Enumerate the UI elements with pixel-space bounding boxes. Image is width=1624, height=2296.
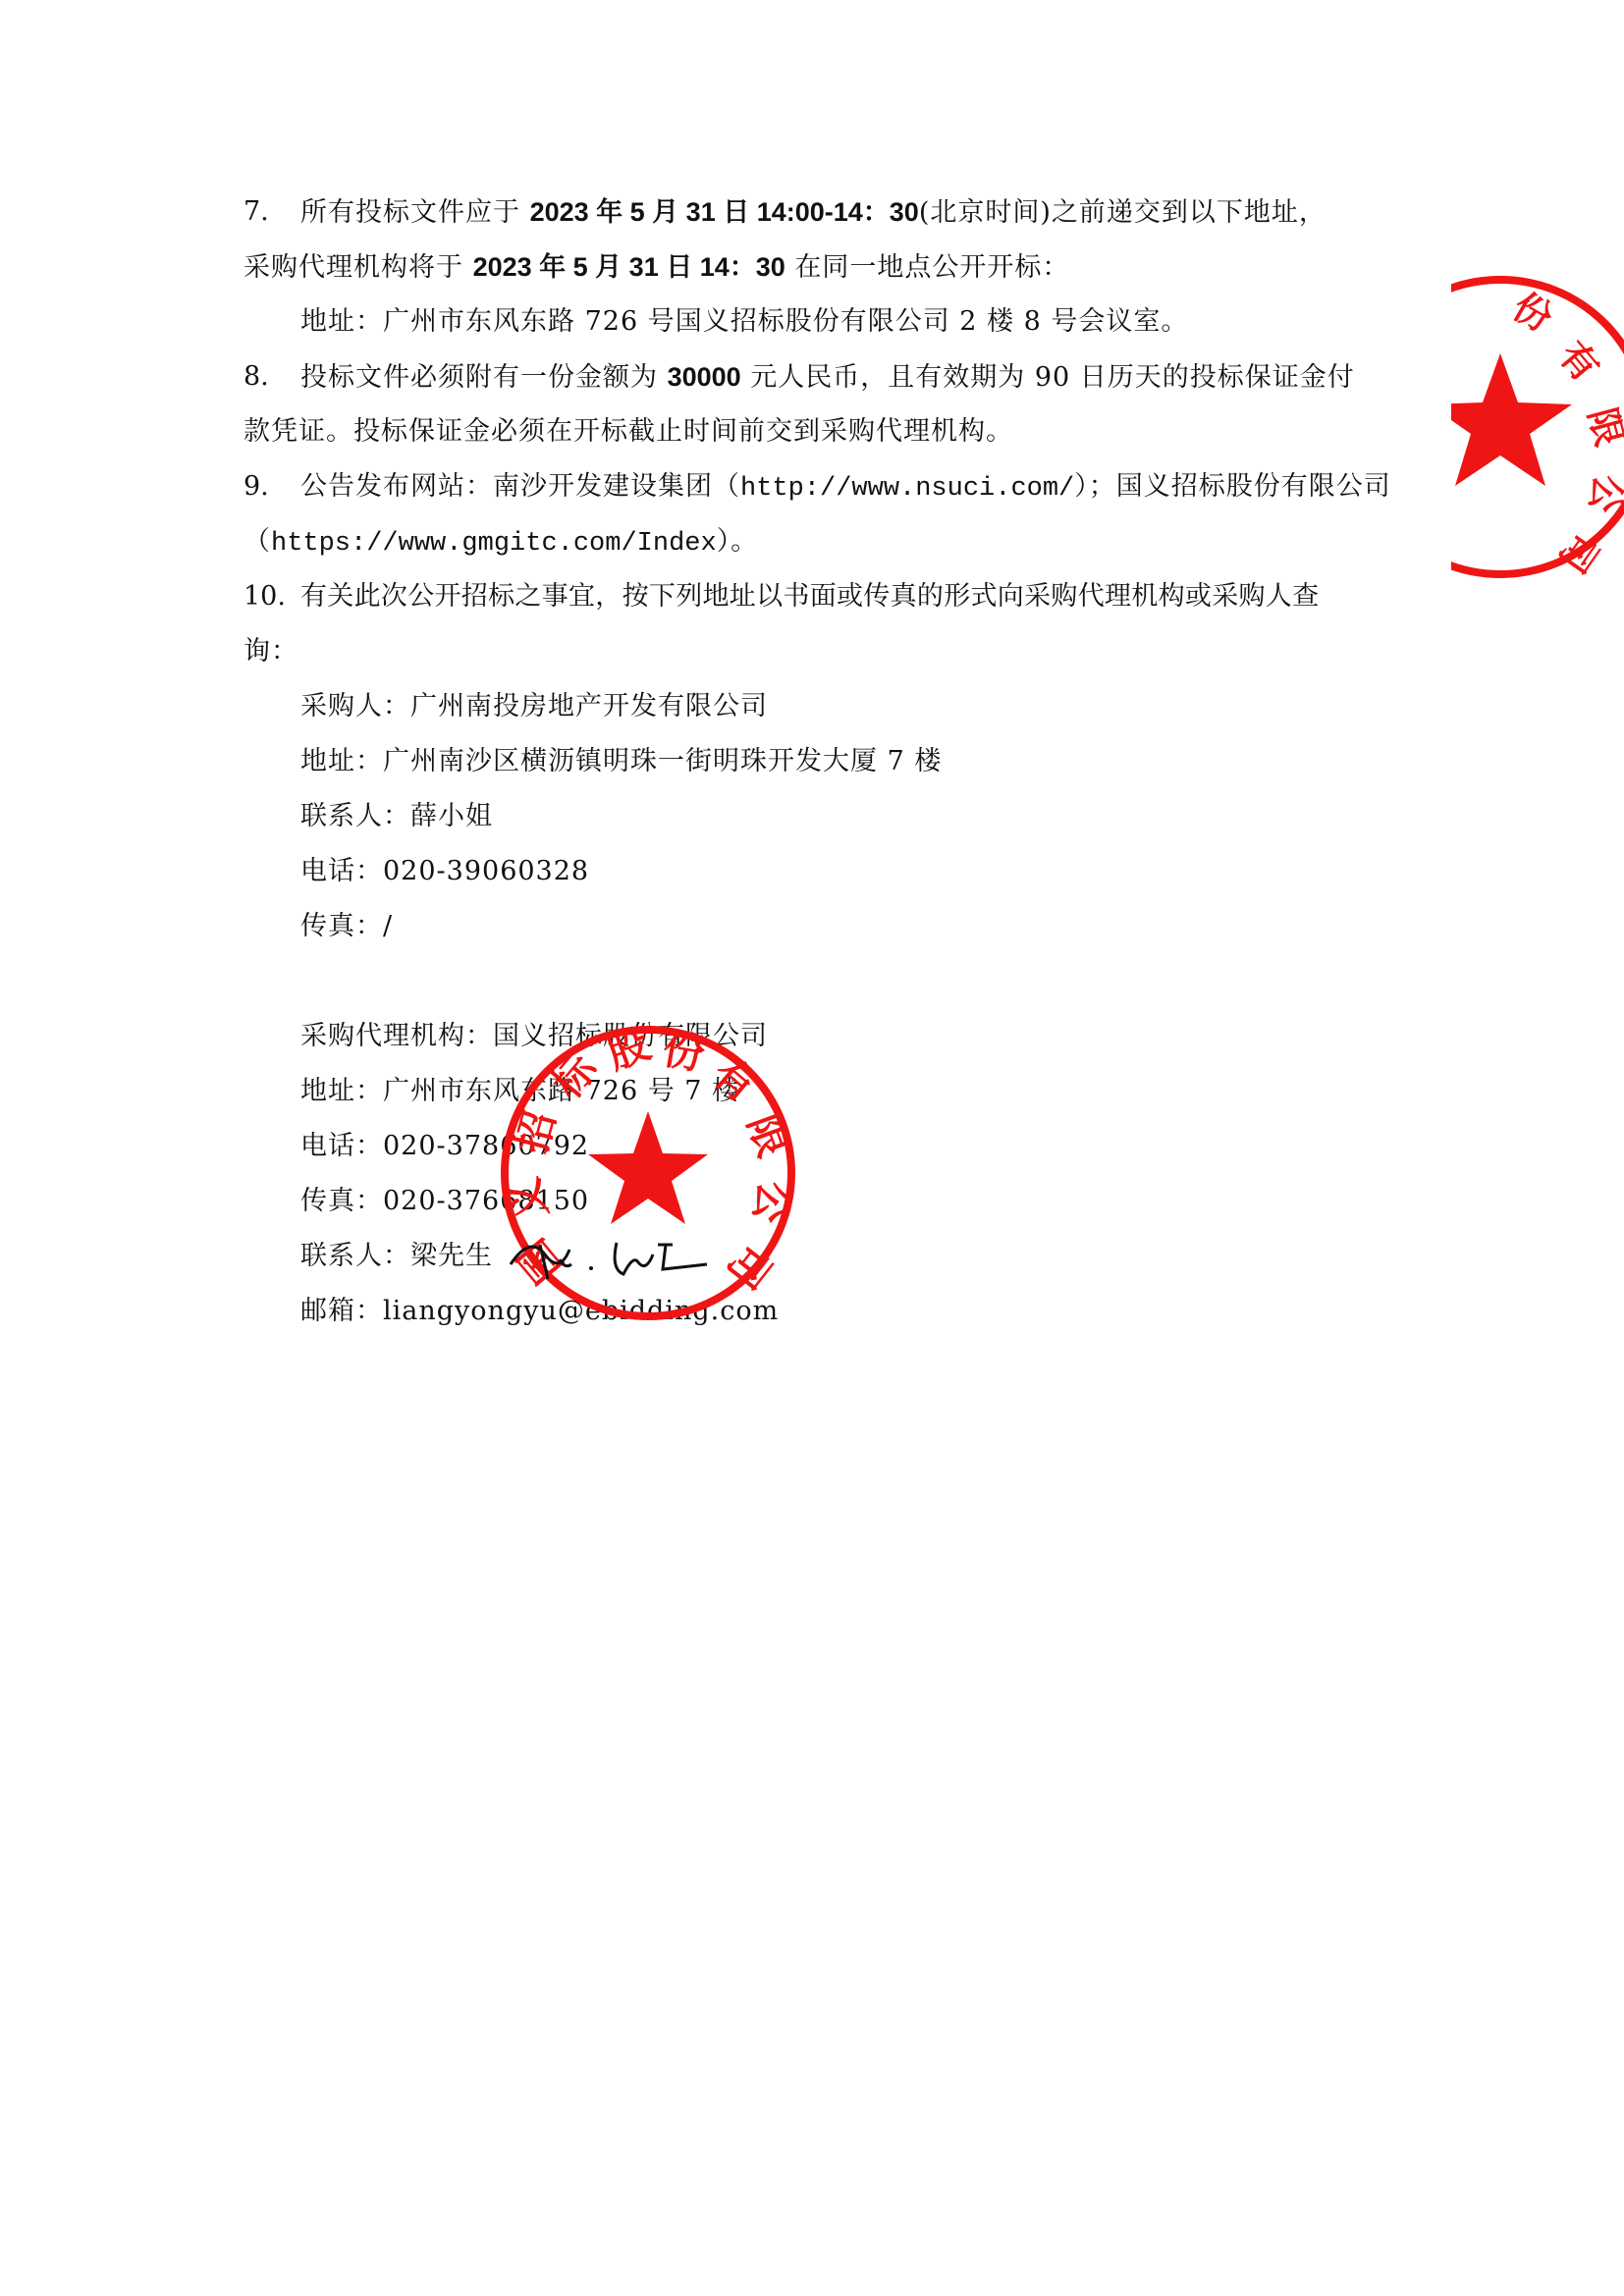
- purchaser-name: 采购人：广州南投房地产开发有限公司: [300, 689, 768, 724]
- gmgitc-link[interactable]: https://www.gmgitc.com/Index: [271, 529, 717, 559]
- item-7-text-2-end: 在同一地点公开开标：: [785, 252, 1070, 283]
- item-8-text-end: 元人民币，且有效期为 90 日历天的投标保证金付: [741, 362, 1355, 393]
- svg-text:司: 司: [718, 1235, 781, 1297]
- item-9-paren-close: ）。: [717, 526, 759, 557]
- item-7-opening-time: 2023 年 5 月 31 日 14：30: [473, 252, 785, 282]
- item-10-line-2: 询：: [244, 634, 298, 669]
- item-8-text: 投标文件必须附有一份金额为: [300, 362, 668, 393]
- item-7-deadline: 2023 年 5 月 31 日 14:00-14：30: [530, 197, 919, 227]
- item-7-text: 所有投标文件应于: [300, 197, 530, 228]
- svg-text:有: 有: [1550, 334, 1607, 390]
- item-9-line-1: 公告发布网站：南沙开发建设集团（http://www.nsuci.com/）；国…: [300, 469, 1391, 507]
- item-7-address: 地址：广州市东风东路 726 号国义招标股份有限公司 2 楼 8 号会议室。: [300, 304, 1188, 340]
- svg-text:公: 公: [1582, 471, 1624, 515]
- agency-email[interactable]: 邮箱：liangyongyu@ebidding.com: [300, 1294, 779, 1329]
- purchaser-phone: 电话：020-39060328: [300, 854, 589, 889]
- document-page: 7. 所有投标文件应于 2023 年 5 月 31 日 14:00-14：30(…: [0, 0, 1624, 2296]
- seal-icon: 份 有 限 公 司: [1451, 265, 1624, 599]
- item-7-line-1: 所有投标文件应于 2023 年 5 月 31 日 14:00-14：30(北京时…: [300, 194, 1326, 231]
- agency-name: 采购代理机构：国义招标股份有限公司: [300, 1019, 768, 1054]
- item-8-amount: 30000: [668, 362, 741, 392]
- item-7-text-end: (北京时间)之前递交到以下地址，: [919, 197, 1326, 228]
- signature-icon: [501, 1225, 727, 1284]
- item-9-text: 公告发布网站：南沙开发建设集团（: [300, 471, 740, 502]
- purchaser-contact: 联系人：薛小姐: [300, 799, 493, 834]
- purchaser-fax: 传真：/: [300, 909, 393, 944]
- item-9-paren-open: （: [244, 526, 271, 557]
- item-9-line-2: （https://www.gmgitc.com/Index）。: [244, 524, 758, 561]
- item-9-text-end: ）；国义招标股份有限公司: [1074, 471, 1391, 502]
- item-8-number: 8.: [244, 359, 269, 395]
- item-10-line-1: 有关此次公开招标之事宜，按下列地址以书面或传真的形式向采购代理机构或采购人查: [300, 579, 1319, 614]
- item-8-line-1: 投标文件必须附有一份金额为 30000 元人民币，且有效期为 90 日历天的投标…: [300, 359, 1355, 396]
- nsuci-link[interactable]: http://www.nsuci.com/: [740, 474, 1074, 504]
- company-seal-partial: 份 有 限 公 司: [1451, 265, 1624, 599]
- item-9-number: 9.: [244, 469, 269, 505]
- svg-text:国: 国: [509, 1230, 572, 1293]
- item-7-text-2: 采购代理机构将于: [244, 252, 473, 283]
- svg-text:限: 限: [738, 1108, 797, 1163]
- agency-phone: 电话：020-37860792: [300, 1129, 589, 1164]
- item-7-number: 7.: [244, 194, 269, 230]
- purchaser-address: 地址：广州南沙区横沥镇明珠一街明珠开发大厦 7 楼: [300, 744, 942, 779]
- agency-fax: 传真：020-37668150: [300, 1184, 589, 1219]
- svg-text:公: 公: [744, 1178, 799, 1227]
- item-8-line-2: 款凭证。投标保证金必须在开标截止时间前交到采购代理机构。: [244, 414, 1013, 450]
- agency-seal-icon: 国 义 招 标 股 份 有 限 公 司: [496, 1021, 800, 1325]
- svg-text:限: 限: [1580, 403, 1624, 451]
- agency-address: 地址：广州市东风东路 726 号 7 楼: [300, 1074, 739, 1109]
- item-10-number: 10.: [244, 579, 286, 614]
- agency-contact: 联系人：梁先生: [300, 1239, 493, 1274]
- item-7-line-2: 采购代理机构将于 2023 年 5 月 31 日 14：30 在同一地点公开开标…: [244, 249, 1069, 286]
